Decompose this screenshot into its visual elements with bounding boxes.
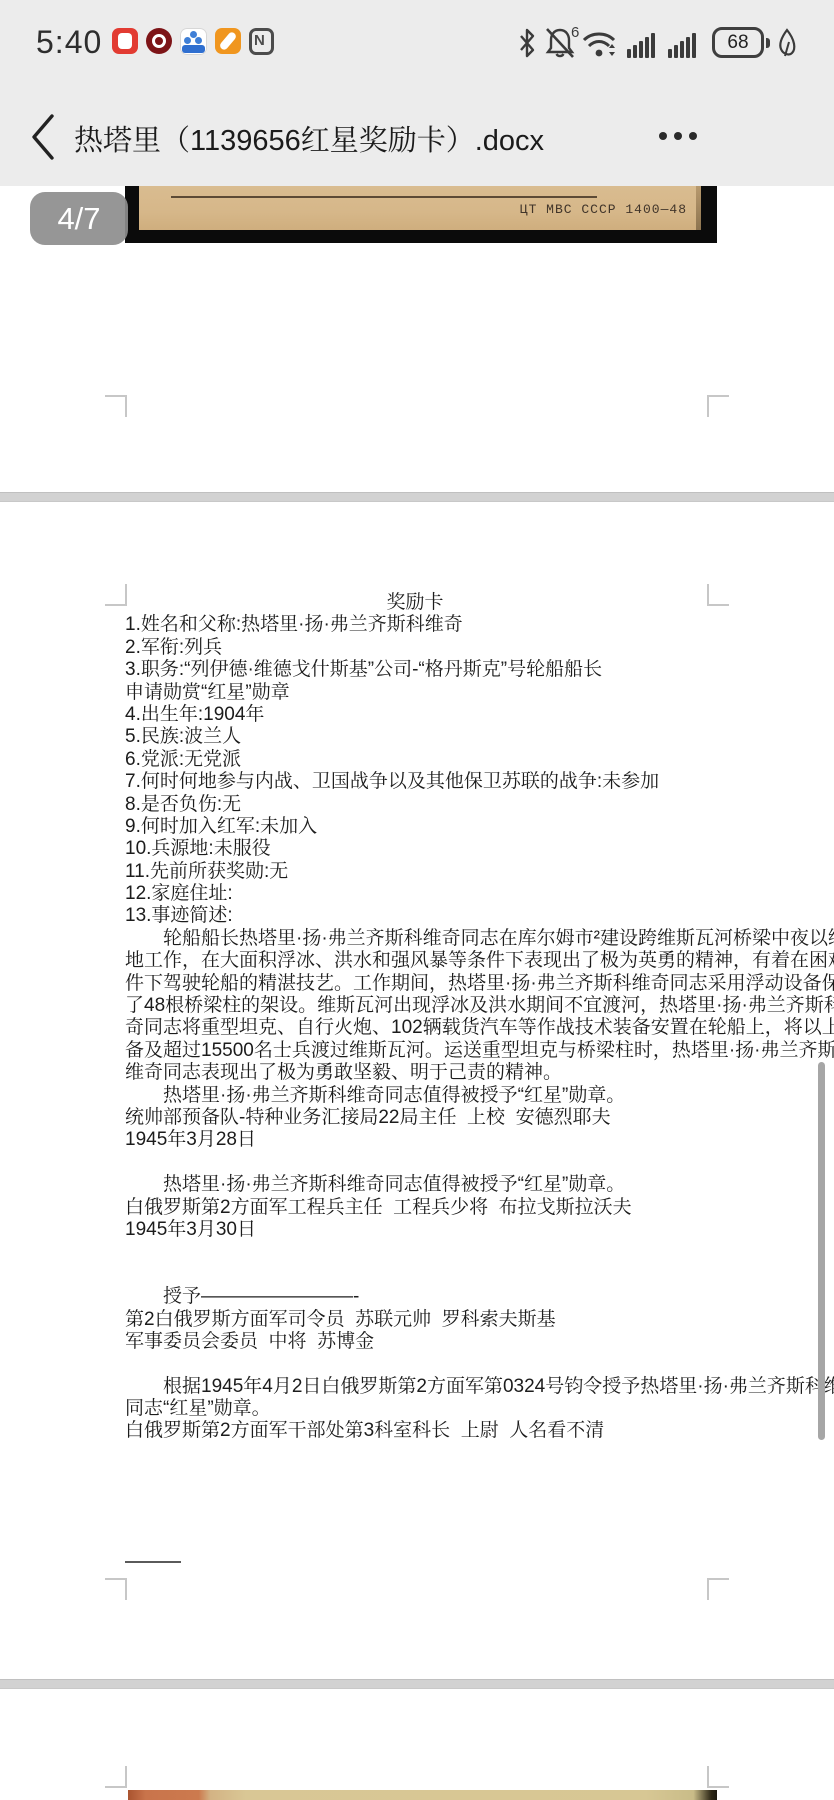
doc-line: 9.何时加入红军:未加入 [125,816,715,838]
doc-line: 11.先前所获奖勋:无 [125,861,715,883]
doc-line: 维奇同志表现出了极为勇敢坚毅、明于己责的精神。 [125,1062,715,1084]
notification-icon-maroon-app [146,28,172,54]
scan-print-code: ЦТ МВС СССР 1400—48 [520,202,687,217]
scan-rule-line [171,196,597,198]
doc-line: 3.职务:“列伊德·维德戈什斯基”公司-“格丹斯克”号轮船船长 [125,659,715,681]
doc-line: 1945年3月28日 [125,1129,715,1151]
page-corner-mark [105,395,127,417]
doc-line [125,1353,715,1375]
page-corner-mark [707,1766,729,1788]
page-corner-mark [105,584,127,606]
doc-line: 热塔里·扬·弗兰齐斯科维奇同志值得被授予“红星”勋章。 [125,1085,715,1107]
doc-line: 热塔里·扬·弗兰齐斯科维奇同志值得被授予“红星”勋章。 [125,1174,715,1196]
nav-bar: 热塔里（1139656红星奖励卡）.docx [0,88,834,186]
doc-line: 13.事迹简述: [125,905,715,927]
doc-line: 白俄罗斯第2方面军干部处第3科室科长 上尉 人名看不清 [125,1420,715,1442]
more-dots-icon [659,132,667,140]
more-options-button[interactable] [646,114,710,158]
bluetooth-icon [517,28,537,58]
doc-line: 同志“红星”勋章。 [125,1398,715,1420]
doc-line: 件下驾驶轮船的精湛技艺。工作期间，热塔里·扬·弗兰齐斯科维奇同志采用浮动设备保障 [125,973,715,995]
wifi-6-label: 6 [571,24,579,41]
screen: 5:40 N 6 [0,0,834,1800]
doc-line: 申请勋赏“红星”勋章 [125,682,715,704]
doc-line: 第2白俄罗斯方面军司令员 苏联元帅 罗科索夫斯基 [125,1309,715,1331]
nfc-icon: N [249,28,274,55]
scrollbar-thumb[interactable] [818,1062,825,1440]
battery-nub [766,38,770,48]
doc-line: 轮船船长热塔里·扬·弗兰齐斯科维奇同志在库尔姆市²建设跨维斯瓦河桥梁中夜以继日 [125,928,715,950]
doc-text: 奖励卡1.姓名和父称:热塔里·扬·弗兰齐斯科维奇2.军衔:列兵3.职务:“列伊德… [125,592,715,1443]
page-indicator-badge: 4/7 [30,192,128,245]
page-separator [0,492,834,502]
doc-line [125,1241,715,1263]
page-corner-mark [707,1578,729,1600]
doc-line: 军事委员会委员 中将 苏博金 [125,1331,715,1353]
doc-line: 2.军衔:列兵 [125,637,715,659]
doc-line: 1.姓名和父称:热塔里·扬·弗兰齐斯科维奇 [125,614,715,636]
signal-bars-sim2 [668,33,696,58]
doc-line: 白俄罗斯第2方面军工程兵主任 工程兵少将 布拉戈斯拉沃夫 [125,1197,715,1219]
header: 5:40 N 6 [0,0,834,186]
page-separator [0,1679,834,1689]
doc-line: 5.民族:波兰人 [125,726,715,748]
battery-level: 68 [727,32,748,53]
back-button[interactable] [22,110,68,164]
notification-icon-blue-cluster-app [180,28,207,55]
doc-line: 8.是否负伤:无 [125,794,715,816]
footnote-rule [125,1561,181,1563]
back-chevron-icon [22,110,68,164]
clock: 5:40 [36,24,102,61]
doc-line: 奇同志将重型坦克、自行火炮、102辆载货汽车等作战技术装备安置在轮船上，将以上装 [125,1017,715,1039]
document-title: 热塔里（1139656红星奖励卡）.docx [74,118,634,159]
doc-line: 10.兵源地:未服役 [125,838,715,860]
notification-icon-orange-app [215,28,241,54]
wifi-icon [580,28,618,58]
status-bar: 5:40 N 6 [0,0,834,88]
doc-line: 备及超过15500名士兵渡过维斯瓦河。运送重型坦克与桥梁柱时，热塔里·扬·弗兰齐… [125,1040,715,1062]
doc-line: 地工作，在大面积浮冰、洪水和强风暴等条件下表现出了极为英勇的精神，有着在困难条 [125,950,715,972]
battery-icon: 68 [712,27,764,58]
doc-line: 奖励卡 [125,592,715,614]
doc-line: 12.家庭住址: [125,883,715,905]
eco-leaf-icon [776,28,798,58]
page-corner-mark [105,1766,127,1788]
doc-line: 6.党派:无党派 [125,749,715,771]
scan-torn-edge [696,186,701,230]
doc-line: 7.何时何地参与内战、卫国战争以及其他保卫苏联的战争:未参加 [125,771,715,793]
page-corner-mark [707,395,729,417]
doc-line [125,1152,715,1174]
notification-icon-red-app [112,28,138,54]
doc-line: 授予————————- [125,1286,715,1308]
doc-line: 根据1945年4月2日白俄罗斯第2方面军第0324号钧令授予热塔里·扬·弗兰齐斯… [125,1376,715,1398]
doc-line: 1945年3月30日 [125,1219,715,1241]
page-corner-mark [105,1578,127,1600]
doc-line: 了48根桥梁柱的架设。维斯瓦河出现浮冰及洪水期间不宜渡河，热塔里·扬·弗兰齐斯科… [125,995,715,1017]
scanned-card-image-bottom: ЦТ МВС СССР 1400—48 [125,186,717,243]
scan-paper: ЦТ МВС СССР 1400—48 [139,186,701,230]
scanned-card-image-top [128,1790,717,1800]
doc-line: 统帅部预备队-特种业务汇接局22局主任 上校 安德烈耶夫 [125,1107,715,1129]
doc-line: 4.出生年:1904年 [125,704,715,726]
signal-bars-sim1 [627,33,655,58]
doc-line [125,1264,715,1286]
